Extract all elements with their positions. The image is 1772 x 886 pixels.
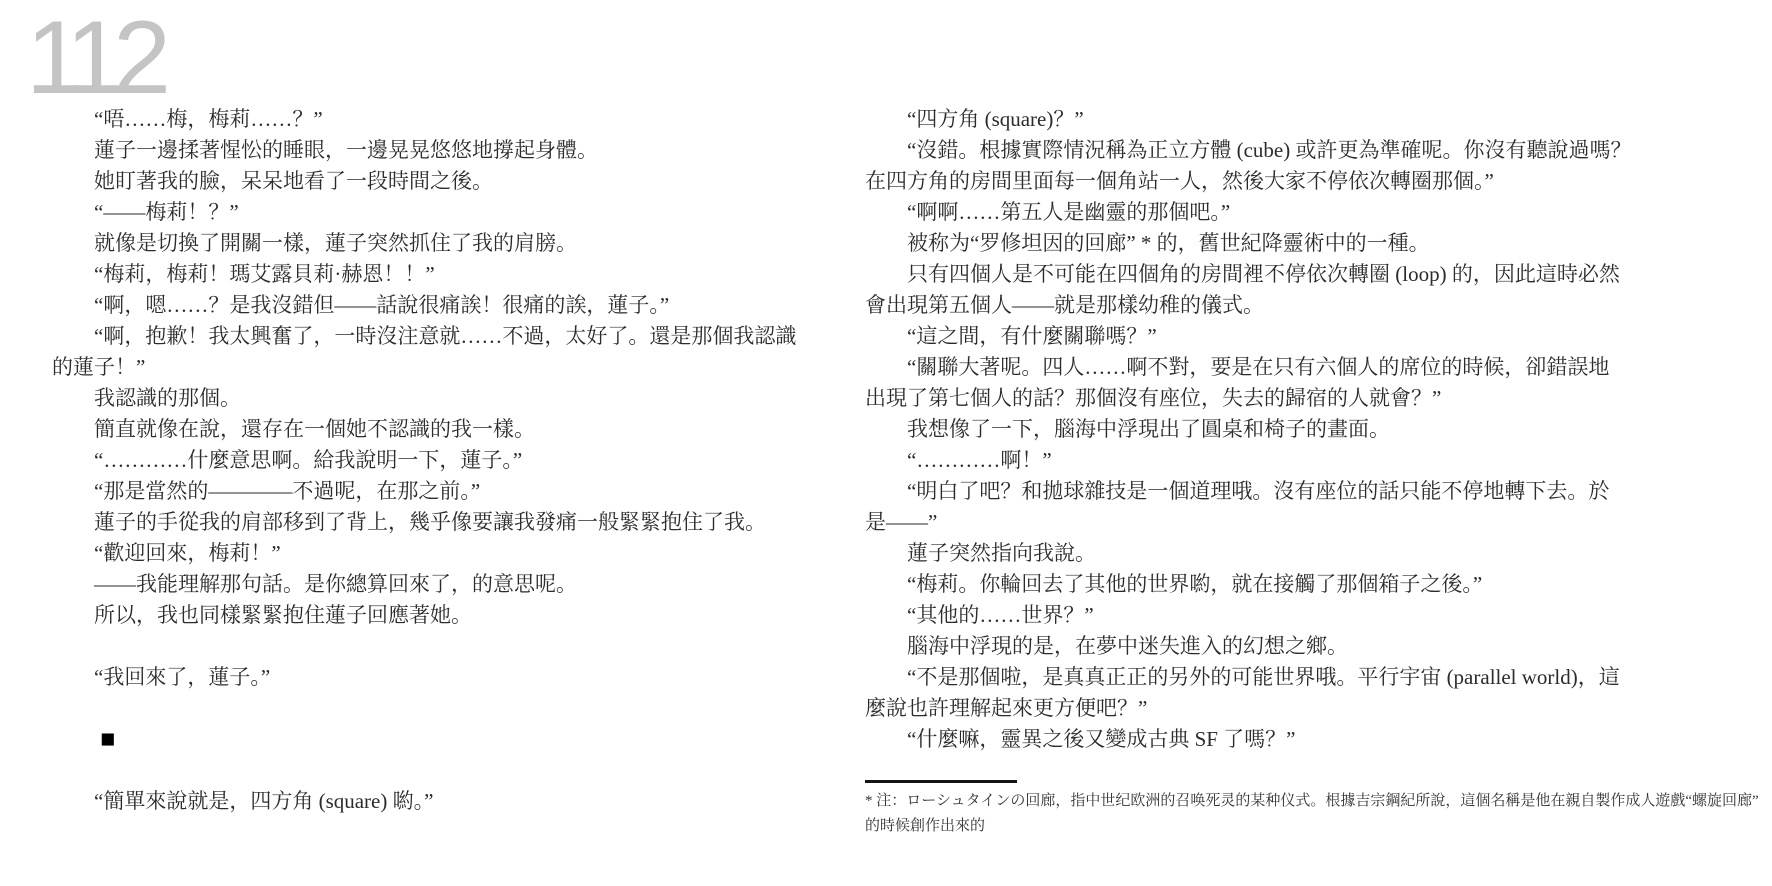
left-page: “唔……梅，梅莉……？” 蓮子一邊揉著惺忪的睡眼，一邊晃晃悠悠地撐起身體。 她盯… xyxy=(52,104,798,817)
text-line: “明白了吧？和拋球雜技是一個道理哦。沒有座位的話只能不停地轉下去。於 xyxy=(865,476,1749,507)
text-line: “什麼嘛，靈異之後又變成古典 SF 了嗎？” xyxy=(865,724,1749,755)
text-line: “——梅莉！？” xyxy=(52,197,798,228)
text-line: “啊啊……第五人是幽靈的那個吧。” xyxy=(865,197,1749,228)
text-line: 出現了第七個人的話？那個沒有座位，失去的歸宿的人就會？” xyxy=(865,383,1749,414)
text-line: “簡單來說就是，四方角 (square) 喲。” xyxy=(52,786,798,817)
blank-line xyxy=(52,631,798,662)
text-line: 就像是切換了開關一樣，蓮子突然抓住了我的肩膀。 xyxy=(52,228,798,259)
text-line: “其他的……世界？” xyxy=(865,600,1749,631)
text-line: “啊，抱歉！我太興奮了，一時沒注意就……不過，太好了。還是那個我認識 xyxy=(52,321,798,352)
blank-line xyxy=(52,755,798,786)
right-page: “四方角 (square)？” “沒錯。根據實際情況稱為正立方體 (cube) … xyxy=(865,104,1749,755)
text-line: “…………啊！” xyxy=(865,445,1749,476)
footnote-rule xyxy=(865,780,1017,783)
text-line: 是——” xyxy=(865,507,1749,538)
text-line: 我想像了一下，腦海中浮現出了圓桌和椅子的畫面。 xyxy=(865,414,1749,445)
text-line: “唔……梅，梅莉……？” xyxy=(52,104,798,135)
text-line: 被称为“罗修坦因的回廊” * 的，舊世紀降靈術中的一種。 xyxy=(865,228,1749,259)
text-line: 蓮子的手從我的肩部移到了背上，幾乎像要讓我發痛一般緊緊抱住了我。 xyxy=(52,507,798,538)
text-line: “沒錯。根據實際情況稱為正立方體 (cube) 或許更為準確呢。你沒有聽說過嗎？ xyxy=(865,135,1749,166)
text-line: “梅莉，梅莉！瑪艾露貝莉·赫恩！！” xyxy=(52,259,798,290)
text-line: 蓮子突然指向我說。 xyxy=(865,538,1749,569)
text-line: 所以，我也同樣緊緊抱住蓮子回應著她。 xyxy=(52,600,798,631)
page-number: 112 xyxy=(26,6,161,110)
text-line: 蓮子一邊揉著惺忪的睡眼，一邊晃晃悠悠地撐起身體。 xyxy=(52,135,798,166)
text-line: “我回來了，蓮子。” xyxy=(52,662,798,693)
blank-line xyxy=(52,693,798,724)
footnote-line: * 注：ローシュタインの回廊，指中世纪欧洲的召唤死灵的某种仪式。根據吉宗鋼紀所說… xyxy=(865,789,1749,814)
text-line: “…………什麼意思啊。給我說明一下，蓮子。” xyxy=(52,445,798,476)
section-divider-mark: ■ xyxy=(100,726,115,753)
text-line: “四方角 (square)？” xyxy=(865,104,1749,135)
text-line: 只有四個人是不可能在四個角的房間裡不停依次轉圈 (loop) 的，因此這時必然 xyxy=(865,259,1749,290)
text-line: “不是那個啦，是真真正正的另外的可能世界哦。平行宇宙 (parallel wor… xyxy=(865,662,1749,693)
text-line: “梅莉。你輪回去了其他的世界喲，就在接觸了那個箱子之後。” xyxy=(865,569,1749,600)
footnote: * 注：ローシュタインの回廊，指中世纪欧洲的召唤死灵的某种仪式。根據吉宗鋼紀所說… xyxy=(865,780,1749,839)
text-line: “這之間，有什麼關聯嗎？” xyxy=(865,321,1749,352)
text-line: 腦海中浮現的是，在夢中迷失進入的幻想之鄉。 xyxy=(865,631,1749,662)
footnote-line: 的時候創作出來的 xyxy=(865,814,1749,839)
text-line: 在四方角的房間里面每一個角站一人，然後大家不停依次轉圈那個。” xyxy=(865,166,1749,197)
text-line: 的蓮子！” xyxy=(52,352,798,383)
text-line: 我認識的那個。 xyxy=(52,383,798,414)
section-divider: ■ xyxy=(52,724,798,755)
text-line: 會出現第五個人——就是那樣幼稚的儀式。 xyxy=(865,290,1749,321)
text-line: ——我能理解那句話。是你總算回來了，的意思呢。 xyxy=(52,569,798,600)
text-line: “那是當然的————不過呢，在那之前。” xyxy=(52,476,798,507)
text-line: “關聯大著呢。四人……啊不對，要是在只有六個人的席位的時候，卻錯誤地 xyxy=(865,352,1749,383)
text-line: 麼說也許理解起來更方便吧？” xyxy=(865,693,1749,724)
book-spread: 112 “唔……梅，梅莉……？” 蓮子一邊揉著惺忪的睡眼，一邊晃晃悠悠地撐起身體… xyxy=(0,0,1772,886)
text-line: “啊，嗯……？是我沒錯但——話說很痛誒！很痛的誒，蓮子。” xyxy=(52,290,798,321)
text-line: 簡直就像在說，還存在一個她不認識的我一樣。 xyxy=(52,414,798,445)
text-line: “歡迎回來，梅莉！” xyxy=(52,538,798,569)
text-line: 她盯著我的臉，呆呆地看了一段時間之後。 xyxy=(52,166,798,197)
